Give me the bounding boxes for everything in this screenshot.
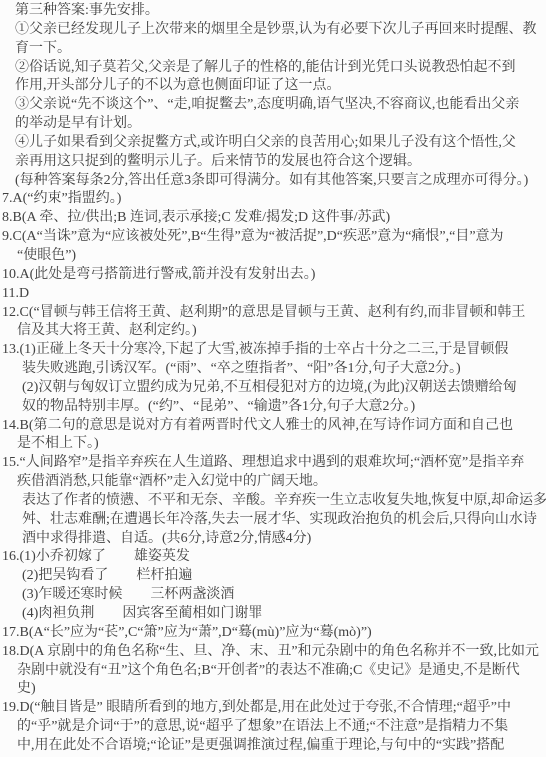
text-line: 第三种答案:事先安排。 [15,2,546,21]
text-line: 酒中求得排遣、自适。(共6分,诗意2分,情感4分) [22,530,546,549]
text-line: 19.D(“触目皆是” 眼睛所看到的地方,到处都是,用在此处过于夸张,不合情理;… [2,699,546,718]
text-line: 舛、壮志难酬;在遭遇长年冷落,失去一展才华、实现政治抱负的机会后,只得向山水诗 [22,511,546,530]
text-line: 信及其大将王黄、赵利定约。) [17,322,546,341]
text-line: 奴的物品特别丰厚。(“约”、“昆弟”、“输遗”各1分,句子大意2分。) [22,398,546,417]
text-line: 12.C(“冒顿与韩王信将王黄、赵利期”的意思是冒顿与王黄、赵利有约,而非冒顿和… [2,304,546,323]
text-line: 9.C(A“当诛”意为“应该被处死”,B“生得”意为“被活捉”,D“疾恶”意为“… [2,228,546,247]
text-line: 14.B(第二句的意思是说对方有着两晋时代文人雅士的风神,在写诗作词方面和自己也 [2,417,546,436]
text-line: 装失败逃跑,引诱汉军。(“雨”、“卒之堕指者”、“阳”各1分,句子大意2分。) [22,360,546,379]
text-line: ①父亲已经发现儿子上次带来的烟里全是钞票,认为有必要下次儿子再回来时提醒、教 [15,21,546,40]
text-line: 史) [17,680,546,699]
text-line: (3)乍暖还寒时候 三杯两盏淡酒 [22,586,546,605]
document-page: 第三种答案:事先安排。①父亲已经发现儿子上次带来的烟里全是钞票,认为有必要下次儿… [0,0,546,757]
text-line: 杂剧中就没有“丑”这个角色名;B“开创者”的表达不准确;C《史记》是通史,不是断… [17,662,546,681]
text-line: 表达了作者的愤懑、不平和无奈、辛酸。辛弃疾一生立志收复失地,恢复中原,却命运多 [22,492,546,511]
text-line: 中,用在此处不合语境;“论证”是更强调推演过程,偏重于理论,与句中的“实践”搭配 [17,737,546,756]
text-line: (2)把吴钩看了 栏杆拍遍 [22,567,546,586]
text-line: (2)汉朝与匈奴订立盟约成为兄弟,不互相侵犯对方的边境,(为此)汉朝送去馈赠给匈 [22,379,546,398]
text-line: 8.B(A 牵、拉/供出;B 连词,表示承接;C 发难/揭发;D 这件事/苏武) [2,209,546,228]
text-line: 13.(1)正碰上冬天十分寒冷,下起了大雪,被冻掉手指的士卒占十分之二三,于是冒… [2,341,546,360]
text-line: 11.D [2,285,546,304]
text-line: 的举动是早有计划。 [15,115,546,134]
text-line: ②俗话说,知子莫若父,父亲是了解儿子的性格的,能估计到光凭口头说教恐怕起不到 [15,59,546,78]
text-line: 15.“人间路窄”是指辛弃疾在人生道路、理想追求中遇到的艰难坎坷;“酒杯宽”是指… [2,454,546,473]
text-line: 10.A(此处是弯弓搭箭进行警戒,箭并没有发射出去。) [2,266,546,285]
text-line: 亲再用这只捉到的鳖明示儿子。后来情节的发展也符合这个逻辑。 [15,153,546,172]
text-line: (每种答案每条2分,答出任意3条即可得满分。如有其他答案,只要言之成理亦可得分。… [15,172,546,191]
text-line: 是不相上下。) [17,435,546,454]
text-line: (4)肉袒负荆 因宾客至蔺相如门谢罪 [22,605,546,624]
text-line: ③父亲说“先不谈这个”、“走,咱捉鳖去”,态度明确,语气坚决,不容商议,也能看出… [15,96,546,115]
text-line: ④儿子如果看到父亲捉鳖方式,或许明白父亲的良苦用心;如果儿子没有这个悟性,父 [15,134,546,153]
text-line: 疾借酒消愁,只能靠“酒杯”走入幻觉中的广阔天地。 [17,473,546,492]
text-line: 16.(1)小乔初嫁了 雄姿英发 [2,548,546,567]
text-line: “使眼色”) [17,247,546,266]
text-line: 育一下。 [15,40,546,59]
text-line: 的“乎”就是介词“于”的意思,说“超乎了想象”在语法上不通;“不注意”是指精力不… [17,718,546,737]
text-line: 作用,开头部分儿子的不以为意也侧面印证了这一点。 [15,77,546,96]
text-line: 17.B(A“长”应为“苌”,C“箫”应为“萧”,D“蓦(mù)”应为“蓦(mò… [2,624,546,643]
text-line: 18.D(A 京剧中的角色名称“生、旦、净、末、丑”和元杂剧中的角色名称并不一致… [2,643,546,662]
answer-key-text: 第三种答案:事先安排。①父亲已经发现儿子上次带来的烟里全是钞票,认为有必要下次儿… [0,2,546,756]
text-line: 7.A(“约束”指盟约。) [2,190,546,209]
